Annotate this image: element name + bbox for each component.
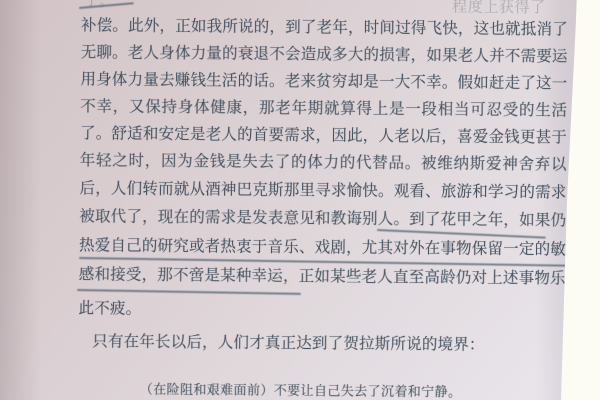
text-line: 此不疲。 [78, 298, 565, 322]
text-line: 年轻之时，因为金钱是失去了的体力的代替品。被维纳斯爱神舍弃以 [80, 150, 567, 174]
paragraph-2-line: 只有在年长以后，人们才真正达到了贺拉斯所说的境界： [92, 331, 565, 355]
text-line: 不幸，又保持身体健康，那老年期就算得上是一段相当可忍受的生活 [80, 96, 567, 120]
text-line: 感和接受，那不啻是某种幸运，正如某些老人直至高龄仍对上述事物乐 [79, 264, 566, 288]
printed-text-layer: 了。 程度上获得了 补偿。此外，正如我所说的，到了老年，时间过得飞快，这也就抵消… [0, 0, 600, 400]
book-page-photo: 了。 程度上获得了 补偿。此外，正如我所说的，到了老年，时间过得飞快，这也就抵消… [0, 0, 600, 400]
text-line: 无聊。老人身体力量的衰退不会造成多大的损害，如果老人并不需要运 [81, 42, 568, 66]
text-line: 被取代了，现在的需求是发表意见和教诲别人。到了花甲之年，如果仍 [79, 206, 566, 230]
quote-line: （在险阻和艰难面前）不要让自己失去了沉着和宁静。 [140, 381, 560, 400]
text-line: 后，人们转而就从酒神巴克斯那里寻求愉快。观看、旅游和学习的需求 [79, 178, 566, 202]
text-line: 补偿。此外，正如我所说的，到了老年，时间过得飞快，这也就抵消了 [81, 15, 568, 39]
text-line: 热爱自己的研究或者热衷于音乐、戏剧，尤其对外在事物保留一定的敏 [79, 235, 566, 259]
text-line: 了。舒适和安定是老人的首要需求，因此，人老以后，喜爱金钱更甚于 [80, 123, 567, 147]
cutoff-line-fragment-right: 程度上获得了 [452, 0, 600, 18]
text-line: 用身体力量去赚钱生活的话。老来贫穷却是一大不幸。假如赶走了这一 [80, 69, 567, 93]
book-page: 了。 程度上获得了 补偿。此外，正如我所说的，到了老年，时间过得飞快，这也就抵消… [0, 0, 600, 400]
cutoff-line-fragment-left: 了。 [84, 0, 144, 11]
